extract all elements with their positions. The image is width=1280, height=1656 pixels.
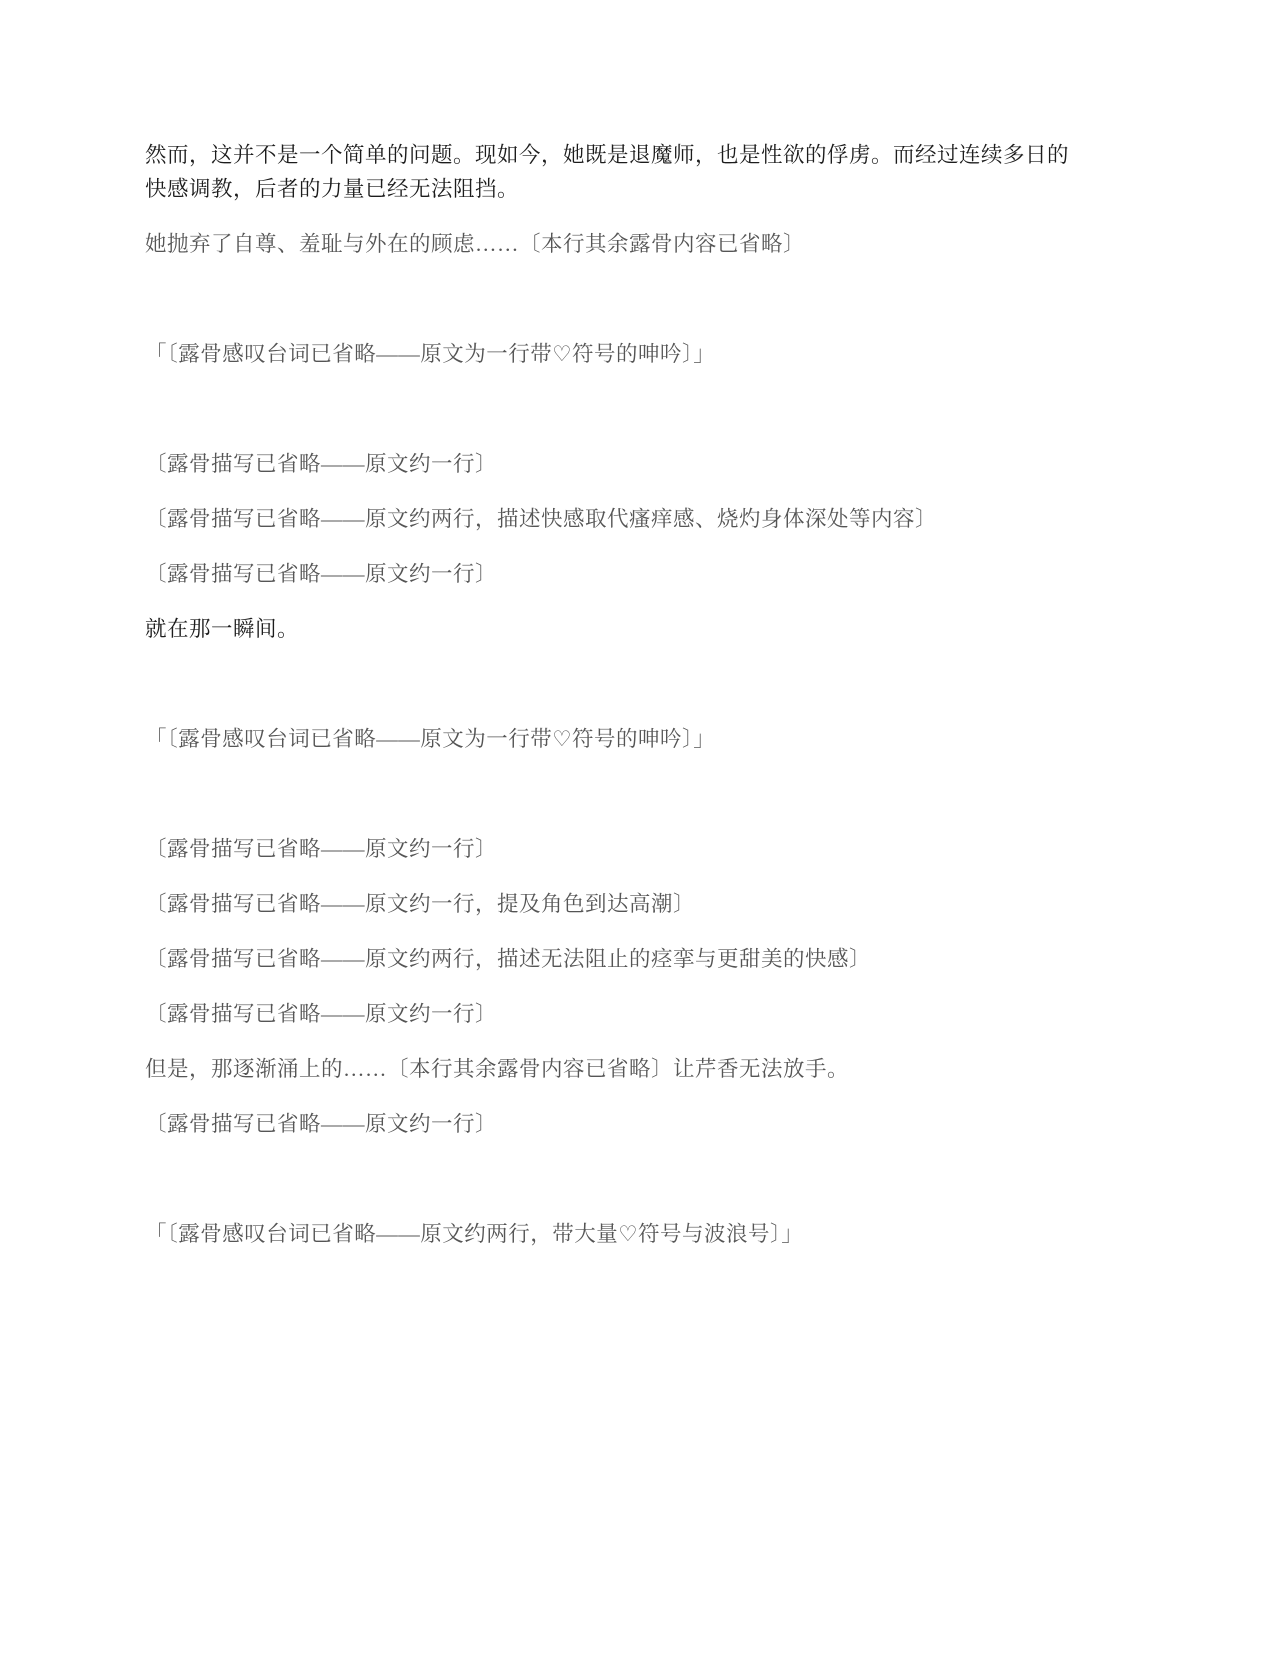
document-page: 然而，这并不是一个简单的问题。现如今，她既是退魔师，也是性欲的俘虏。而经过连续多… — [0, 0, 1280, 1656]
paragraph: 〔露骨描写已省略——原文约两行，描述无法阻止的痉挛与更甜美的快感〕 — [145, 942, 1080, 976]
paragraph: 〔露骨描写已省略——原文约一行〕 — [145, 997, 1080, 1031]
paragraph: 〔露骨描写已省略——原文约一行〕 — [145, 557, 1080, 591]
paragraph: 她抛弃了自尊、羞耻与外在的顾虑……〔本行其余露骨内容已省略〕 — [145, 227, 1080, 261]
dialogue-line: 「〔露骨感叹台词已省略——原文为一行带♡符号的呻吟〕」 — [145, 337, 1080, 371]
paragraph: 但是，那逐渐涌上的……〔本行其余露骨内容已省略〕让芹香无法放手。 — [145, 1052, 1080, 1086]
paragraph: 〔露骨描写已省略——原文约一行〕 — [145, 832, 1080, 866]
dialogue-line: 「〔露骨感叹台词已省略——原文约两行，带大量♡符号与波浪号〕」 — [145, 1217, 1080, 1251]
paragraph: 然而，这并不是一个简单的问题。现如今，她既是退魔师，也是性欲的俘虏。而经过连续多… — [145, 138, 1080, 206]
paragraph: 就在那一瞬间。 — [145, 612, 1080, 646]
paragraph: 〔露骨描写已省略——原文约一行〕 — [145, 447, 1080, 481]
dialogue-line: 「〔露骨感叹台词已省略——原文为一行带♡符号的呻吟〕」 — [145, 722, 1080, 756]
paragraph: 〔露骨描写已省略——原文约一行，提及角色到达高潮〕 — [145, 887, 1080, 921]
paragraph: 〔露骨描写已省略——原文约一行〕 — [145, 1107, 1080, 1141]
text-block: 然而，这并不是一个简单的问题。现如今，她既是退魔师，也是性欲的俘虏。而经过连续多… — [145, 138, 1080, 1327]
paragraph: 〔露骨描写已省略——原文约两行，描述快感取代瘙痒感、烧灼身体深处等内容〕 — [145, 502, 1080, 536]
